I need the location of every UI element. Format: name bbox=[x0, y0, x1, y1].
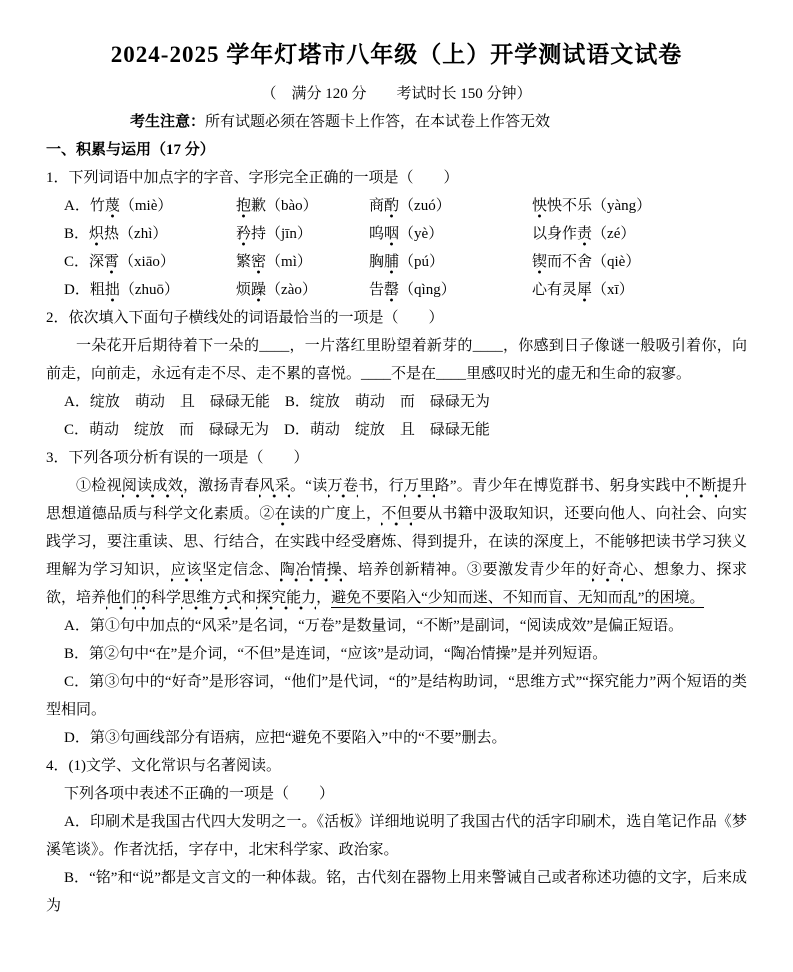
q1-option-cell: D．粗拙（zhuō） bbox=[64, 276, 236, 304]
question-4: 4．(1)文学、文化常识与名著阅读。 下列各项中表述不正确的一项是（ ） A．印… bbox=[46, 752, 747, 920]
question-1: 1．下列词语中加点字的字音、字形完全正确的一项是（ ） A．竹蔑（miè）抱歉（… bbox=[46, 164, 747, 304]
q3-option-a: A．第①句中加点的“风采”是名词，“万卷”是数量词，“不断”是副词，“阅读成效”… bbox=[46, 612, 747, 640]
q3-stem: 3．下列各项分析有误的一项是（ ） bbox=[46, 444, 747, 472]
section-heading: 一、积累与运用（17 分） bbox=[46, 136, 747, 164]
q1-option-cell: 繁密（mì） bbox=[236, 248, 369, 276]
q1-option-cell: 呜咽（yè） bbox=[369, 220, 532, 248]
q1-option-cell: 怏怏不乐（yàng） bbox=[532, 192, 747, 220]
question-3: 3．下列各项分析有误的一项是（ ） ①检视阅读成效，激扬青春风采。“读万卷书，行… bbox=[46, 444, 747, 752]
q1-option-cell: 商酌（zuó） bbox=[369, 192, 532, 220]
candidate-notice: 考生注意：所有试题必须在答题卡上作答，在本试卷上作答无效 bbox=[46, 108, 747, 136]
q1-option-cell: 告罄（qìng） bbox=[369, 276, 532, 304]
notice-label: 考生注意： bbox=[130, 114, 205, 130]
q4-option-a: A．印刷术是我国古代四大发明之一。《活板》详细地说明了我国古代的活字印刷术，选自… bbox=[46, 808, 747, 864]
q1-option-cell: B．炽热（zhì） bbox=[64, 220, 236, 248]
q3-option-c: C．第③句中的“好奇”是形容词，“他们”是代词，“的”是结构助词，“思维方式”“… bbox=[46, 668, 747, 724]
paper-title: 2024-2025 学年灯塔市八年级（上）开学测试语文试卷 bbox=[46, 38, 747, 72]
q1-option-cell: A．竹蔑（miè） bbox=[64, 192, 236, 220]
q1-option-cell: 矜持（jīn） bbox=[236, 220, 369, 248]
q4-stem: 4．(1)文学、文化常识与名著阅读。 bbox=[46, 752, 747, 780]
q1-option-cell: 以身作责（zé） bbox=[532, 220, 747, 248]
exam-paper-page: 2024-2025 学年灯塔市八年级（上）开学测试语文试卷 （ 满分 120 分… bbox=[0, 0, 793, 972]
q2-passage: 一朵花开后期待着下一朵的____，一片落红里盼望着新芽的____，你感到日子像谜… bbox=[46, 332, 747, 388]
q2-options-cd: C．萌动 绽放 而 碌碌无为 D．萌动 绽放 且 碌碌无能 bbox=[46, 416, 747, 444]
q1-option-cell: 烦躁（zào） bbox=[236, 276, 369, 304]
q3-option-d: D．第③句画线部分有语病，应把“避免不要陷入”中的“不要”删去。 bbox=[46, 724, 747, 752]
q1-option-cell: C．深霄（xiāo） bbox=[64, 248, 236, 276]
q1-option-cell: 胸脯（pú） bbox=[369, 248, 532, 276]
q1-options-grid: A．竹蔑（miè）抱歉（bào）商酌（zuó）怏怏不乐（yàng）B．炽热（zh… bbox=[46, 192, 747, 304]
q4-substem: 下列各项中表述不正确的一项是（ ） bbox=[46, 780, 747, 808]
notice-text: 所有试题必须在答题卡上作答，在本试卷上作答无效 bbox=[205, 114, 550, 130]
q1-stem: 1．下列词语中加点字的字音、字形完全正确的一项是（ ） bbox=[46, 164, 747, 192]
question-2: 2．依次填入下面句子横线处的词语最恰当的一项是（ ） 一朵花开后期待着下一朵的_… bbox=[46, 304, 747, 444]
q1-option-cell: 心有灵犀（xī） bbox=[532, 276, 747, 304]
q4-option-b: B．“铭”和“说”都是文言文的一种体裁。铭，古代刻在器物上用来警诫自己或者称述功… bbox=[46, 864, 747, 920]
q1-option-cell: 锲而不舍（qiè） bbox=[532, 248, 747, 276]
q3-option-b: B．第②句中“在”是介词，“不但”是连词，“应该”是动词，“陶冶情操”是并列短语… bbox=[46, 640, 747, 668]
q3-passage: ①检视阅读成效，激扬青春风采。“读万卷书，行万里路”。青少年在博览群书、躬身实践… bbox=[46, 472, 747, 612]
q2-options-ab: A．绽放 萌动 且 碌碌无能 B．绽放 萌动 而 碌碌无为 bbox=[46, 388, 747, 416]
q2-stem: 2．依次填入下面句子横线处的词语最恰当的一项是（ ） bbox=[46, 304, 747, 332]
paper-score-duration: （ 满分 120 分 考试时长 150 分钟） bbox=[46, 80, 747, 108]
q1-option-cell: 抱歉（bào） bbox=[236, 192, 369, 220]
